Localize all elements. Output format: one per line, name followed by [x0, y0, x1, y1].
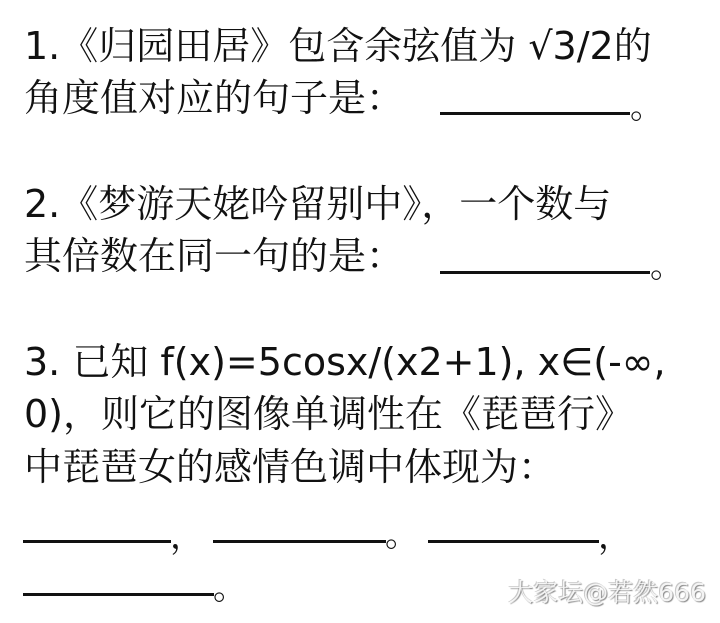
period: 。	[385, 518, 419, 552]
question-1-line-1: 1.《归园田居》包含余弦值为 √3/2的	[24, 20, 652, 72]
watermark: 大家坛@若然666	[508, 573, 706, 609]
question-3-line-2: 0)，则它的图像单调性在《琵琶行》	[24, 388, 633, 440]
comma: ，	[170, 520, 204, 554]
answer-blank-3a[interactable]	[23, 540, 171, 543]
answer-blank-3b[interactable]	[213, 540, 386, 543]
period: 。	[630, 90, 664, 124]
comma: ，	[598, 520, 632, 554]
question-2-line-2: 其倍数在同一句的是：	[24, 230, 404, 282]
answer-blank-1[interactable]	[440, 112, 630, 115]
question-2-line-1: 2.《梦游天姥吟留别中》，一个数与	[24, 178, 611, 230]
period: 。	[213, 571, 247, 605]
question-1-line-2: 角度值对应的句子是：	[24, 72, 404, 124]
answer-blank-3c[interactable]	[428, 540, 599, 543]
answer-blank-2[interactable]	[440, 271, 650, 274]
question-3-line-1: 3. 已知 f(x)=5cosx/(x2+1), x∈(-∞,	[24, 336, 666, 388]
answer-blank-3d[interactable]	[23, 593, 214, 596]
period: 。	[650, 249, 684, 283]
question-3-line-3: 中琵琶女的感情色调中体现为：	[24, 441, 556, 493]
